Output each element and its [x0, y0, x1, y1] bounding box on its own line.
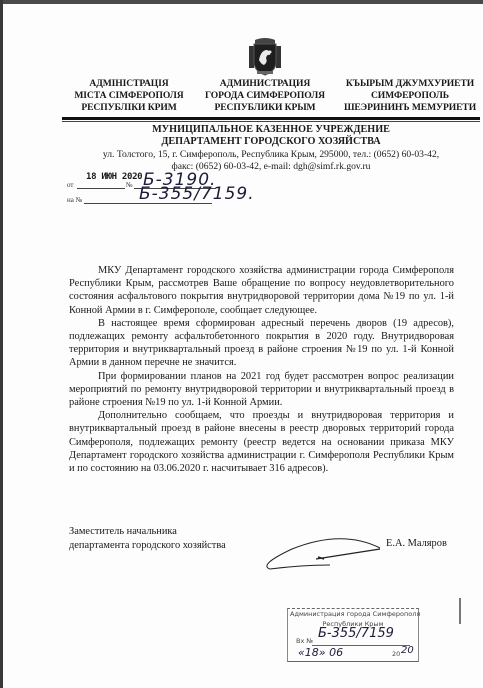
- header-left-line: МІСТА СІМФЕРОПОЛЯ: [65, 90, 193, 102]
- header-mid-line: ГОРОДА СИМФЕРОПОЛЯ: [200, 90, 330, 102]
- body-paragraph: В настоящее время сформирован адресный п…: [69, 317, 454, 370]
- handwritten-signature: [262, 535, 382, 571]
- letter-body: МКУ Департамент городского хозяйства адм…: [69, 264, 454, 475]
- stamp-year-handwritten: 20: [401, 645, 414, 656]
- from-label: от: [67, 181, 73, 189]
- signer-title-line: Заместитель начальника: [69, 525, 226, 539]
- stamp-date: «18» 06: [298, 646, 343, 659]
- date-line: [77, 188, 125, 189]
- header-mid-line: РЕСПУБЛИКИ КРЫМ: [200, 102, 330, 114]
- body-paragraph: Дополнительно сообщаем, что проезды и вн…: [69, 409, 454, 475]
- signer-title-line: департамента городского хозяйства: [69, 539, 226, 553]
- number-label: №: [126, 181, 133, 189]
- stamp-in-label: Вх №: [296, 637, 313, 645]
- organization-address: ул. Толстого, 15, г. Симферополь, Респуб…: [62, 149, 480, 161]
- header-divider-thick: [62, 117, 480, 120]
- header-left-line: АДМІНІСТРАЦІЯ: [65, 78, 193, 90]
- scan-margin-mark: [459, 598, 461, 624]
- signer-title: Заместитель начальника департамента горо…: [69, 525, 226, 553]
- crimea-coat-of-arms-icon: [249, 38, 281, 76]
- header-divider-thin: [62, 121, 480, 122]
- date-stamp: 18 ИЮН 2020: [86, 172, 142, 182]
- header-right-line: КЪЫРЫМ ДЖУМХУРИЕТИ: [340, 78, 480, 90]
- in-reply-label: на №: [67, 196, 82, 204]
- organization-name: МУНИЦИПАЛЬНОЕ КАЗЕННОЕ УЧРЕЖДЕНИЕ: [62, 124, 480, 136]
- stamp-org-line: Администрация города Симферополя: [290, 610, 420, 618]
- incoming-registration-stamp: Администрация города Симферополя Республ…: [287, 608, 419, 662]
- incoming-number-handwritten: Б-355/7159.: [139, 184, 255, 204]
- window-left-border: [0, 0, 3, 688]
- header-mid-line: АДМИНИСТРАЦИЯ: [200, 78, 330, 90]
- department-name: ДЕПАРТАМЕНТ ГОРОДСКОГО ХОЗЯЙСТВА: [62, 136, 480, 148]
- signer-name: Е.А. Маляров: [386, 538, 447, 549]
- header-crimean-tatar: КЪЫРЫМ ДЖУМХУРИЕТИ СИМФЕРОПОЛЬ ШЕЭРИНИНЪ…: [340, 78, 480, 114]
- header-left-line: РЕСПУБЛІКИ КРИМ: [65, 102, 193, 114]
- stamp-year-prefix: 20: [392, 650, 400, 658]
- header-right-line: ШЕЭРИНИНЪ МЕМУРИЕТИ: [340, 102, 480, 114]
- header-right-line: СИМФЕРОПОЛЬ: [340, 90, 480, 102]
- body-paragraph: МКУ Департамент городского хозяйства адм…: [69, 264, 454, 317]
- header-ukrainian: АДМІНІСТРАЦІЯ МІСТА СІМФЕРОПОЛЯ РЕСПУБЛІ…: [65, 78, 193, 114]
- stamp-in-number: Б-355/7159: [318, 626, 394, 641]
- body-paragraph: При формировании планов на 2021 год буде…: [69, 370, 454, 410]
- header-russian: АДМИНИСТРАЦИЯ ГОРОДА СИМФЕРОПОЛЯ РЕСПУБЛ…: [200, 78, 330, 114]
